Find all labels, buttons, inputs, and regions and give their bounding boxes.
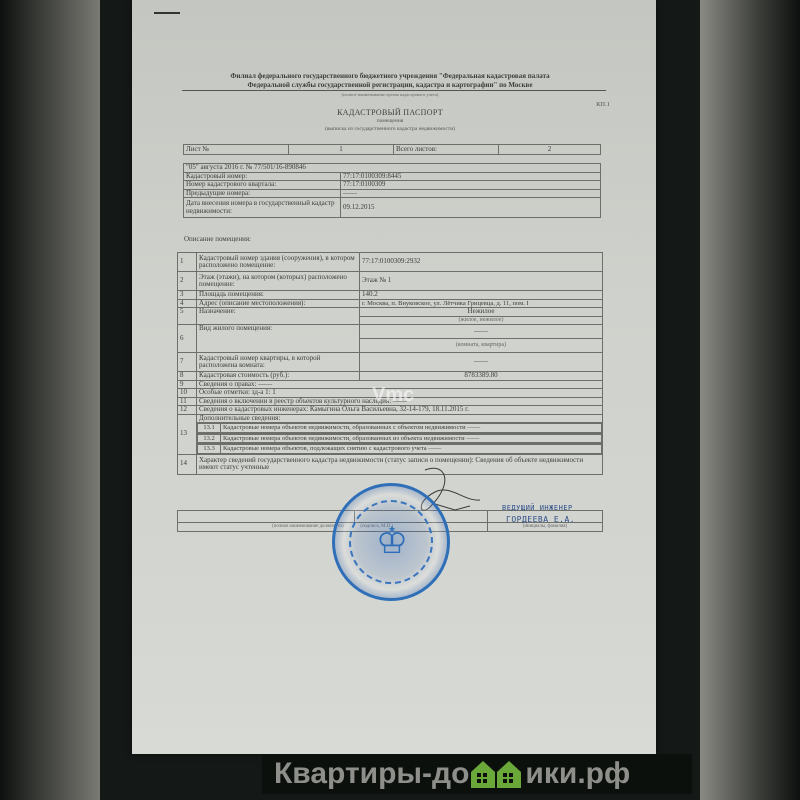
row-number: 1 (178, 253, 197, 272)
row-number: 14 (178, 454, 197, 474)
info-label: Номер кадастрового квартала: (184, 181, 341, 190)
coat-of-arms-icon: ♔ (369, 518, 415, 564)
document-reference: "05" августа 2016 г. № 77/501/16-890846 (184, 164, 601, 173)
row-number: 7 (178, 353, 197, 372)
table-row: 8 Кадастровая стоимость (руб.): 8783389.… (178, 372, 603, 381)
row-number: 8 (178, 372, 197, 381)
pen-mark (154, 12, 180, 14)
row-number: 12 (178, 406, 197, 415)
table-row: 4 Адрес (описание местоположения): г. Мо… (178, 299, 603, 308)
table-row: 6 Вид жилого помещения: —— (178, 325, 603, 339)
sub-row-text: Кадастровые номера объектов недвижимости… (221, 424, 602, 433)
photo-background-left (0, 0, 100, 800)
document-subtitle: помещения (170, 117, 610, 125)
header-caption: (полное наименование органа кадастрового… (170, 91, 610, 99)
name-stamp: ГОРДЕЕВА Е.А. (506, 515, 575, 524)
brand-text-suffix: ики.рф (525, 757, 630, 791)
info-value: 09.12.2015 (341, 198, 601, 218)
row-number: 3 (178, 291, 197, 300)
table-row: 1 Кадастровый номер здания (сооружения),… (178, 253, 603, 272)
sub-row: 13.1 Кадастровые номера объектов недвижи… (178, 423, 603, 434)
position-cell (178, 511, 355, 523)
info-label: Предыдущие номера: (184, 189, 341, 198)
sub-row-number: 13.3 (198, 445, 221, 454)
watermark-center: Vmc (372, 384, 414, 407)
description-heading: Описание помещения: (184, 235, 251, 243)
row-hint: (комната, квартира) (360, 339, 603, 353)
official-seal: ♔ (332, 483, 450, 601)
table-row: 7 Кадастровый номер квартиры, в которой … (178, 353, 603, 372)
row-number: 13 (178, 414, 197, 454)
brand-watermark: Квартиры-до ики.рф (262, 754, 692, 794)
form-code: КП.1 (596, 101, 610, 109)
total-sheets-value: 2 (499, 145, 601, 155)
row-hint: (жилое, нежилое) (360, 316, 603, 325)
row-number: 5 (178, 308, 197, 325)
info-row: Номер кадастрового квартала: 77:17:01003… (184, 181, 601, 190)
sub-row-number: 13.2 (198, 434, 221, 443)
document-subtitle-2: (выписка из государственного кадастра не… (170, 125, 610, 133)
sub-row-text: Кадастровые номера объектов недвижимости… (221, 434, 602, 443)
sheet-value: 1 (289, 145, 394, 155)
info-value: 77:17:0100309 (341, 181, 601, 190)
row-value: 77:17:0100309:2932 (360, 253, 603, 272)
row-number: 2 (178, 272, 197, 291)
cadastral-info-table: "05" августа 2016 г. № 77/501/16-890846 … (183, 163, 601, 218)
houses-logo-icon (469, 758, 525, 790)
row-value: —— (360, 325, 603, 339)
position-stamp: ВЕДУЩИЙ ИНЖЕНЕР (502, 504, 573, 512)
row-label: Кадастровый номер здания (сооружения), в… (197, 253, 360, 272)
brand-text-prefix: Квартиры-до (274, 757, 469, 791)
info-value: —— (341, 189, 601, 198)
table-row: 13 Дополнительные сведения: (178, 414, 603, 423)
table-row: 2 Этаж (этажи), на котором (которых) рас… (178, 272, 603, 291)
header-org-line1: Филиал федерального государственного бюд… (170, 72, 610, 80)
sub-row-number: 13.1 (198, 424, 221, 433)
sheet-label: Лист № (184, 145, 289, 155)
sub-row-text: Кадастровые номера объектов, подлежащих … (221, 445, 602, 454)
table-row: 3 Площадь помещения: 140.2 (178, 291, 603, 300)
row-label: Этаж (этажи), на котором (которых) распо… (197, 272, 360, 291)
info-row: Дата внесения номера в государственный к… (184, 198, 601, 218)
row-label: Кадастровая стоимость (руб.): (197, 372, 360, 381)
total-sheets-label: Всего листов: (394, 145, 499, 155)
row-label: Вид жилого помещения: (197, 325, 360, 353)
sub-row: 13.2 Кадастровые номера объектов недвижи… (178, 433, 603, 444)
sub-row: 13.3 Кадастровые номера объектов, подлеж… (178, 444, 603, 455)
row-value: —— (360, 353, 603, 372)
row-number: 10 (178, 389, 197, 398)
row-value: Этаж № 1 (360, 272, 603, 291)
info-label: Дата внесения номера в государственный к… (184, 198, 341, 218)
row-number: 6 (178, 325, 197, 353)
row-label: Площадь помещения: (197, 291, 360, 300)
sheet-table: Лист № 1 Всего листов: 2 (183, 144, 601, 155)
row-text: Дополнительные сведения: (197, 414, 603, 423)
info-row: Предыдущие номера: —— (184, 189, 601, 198)
row-label: Кадастровый номер квартиры, в которой ра… (197, 353, 360, 372)
row-value: 140.2 (360, 291, 603, 300)
table-row: 14 Характер сведений государственного ка… (178, 454, 603, 474)
photo-background-right (700, 0, 800, 800)
header-org-line2: Федеральной службы государственной регис… (170, 81, 610, 89)
document-title: КАДАСТРОВЫЙ ПАСПОРТ (170, 109, 610, 117)
premises-description-table: 1 Кадастровый номер здания (сооружения),… (177, 252, 603, 475)
table-row: 5 Назначение: Нежилое (178, 308, 603, 317)
row-label: Назначение: (197, 308, 360, 325)
row-value: 8783389.80 (360, 372, 603, 381)
row-value: Нежилое (360, 308, 603, 317)
